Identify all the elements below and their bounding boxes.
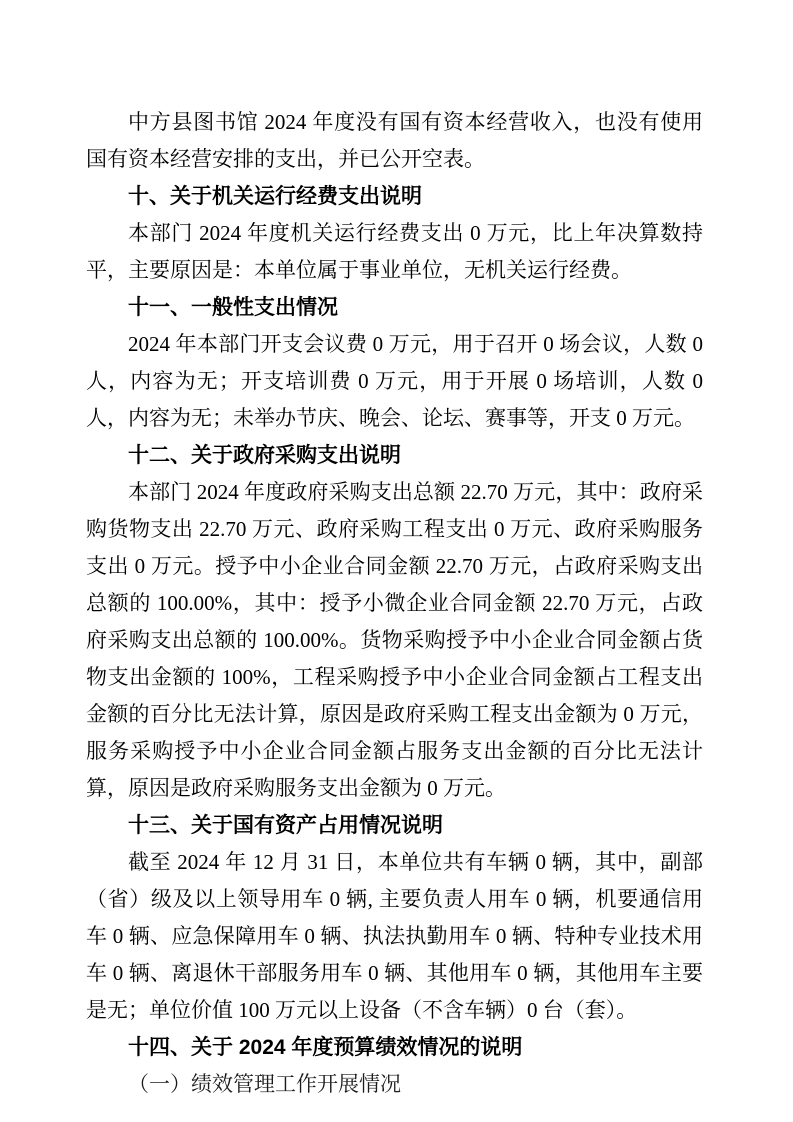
- paragraph-state-capital-revenue: 中方县图书馆 2024 年度没有国有资本经营收入，也没有使用国有资本经营安排的支…: [86, 104, 703, 178]
- paragraph-general-expenditure: 2024 年本部门开支会议费 0 万元，用于召开 0 场会议，人数 0 人，内容…: [86, 326, 703, 437]
- heading-section-10-operating-expenses: 十、关于机关运行经费支出说明: [86, 178, 703, 215]
- heading-section-12-government-procurement: 十二、关于政府采购支出说明: [86, 437, 703, 474]
- paragraph-state-assets: 截至 2024 年 12 月 31 日，本单位共有车辆 0 辆，其中，副部（省）…: [86, 844, 703, 1029]
- paragraph-operating-expenses: 本部门 2024 年度机关运行经费支出 0 万元，比上年决算数持平，主要原因是：…: [86, 215, 703, 289]
- heading-section-14-budget-performance: 十四、关于 2024 年度预算绩效情况的说明: [86, 1029, 703, 1066]
- heading-section-13-state-assets: 十三、关于国有资产占用情况说明: [86, 807, 703, 844]
- document-page: 中方县图书馆 2024 年度没有国有资本经营收入，也没有使用国有资本经营安排的支…: [0, 0, 793, 1122]
- document-content: 中方县图书馆 2024 年度没有国有资本经营收入，也没有使用国有资本经营安排的支…: [86, 104, 703, 1103]
- paragraph-government-procurement: 本部门 2024 年度政府采购支出总额 22.70 万元，其中：政府采购货物支出…: [86, 474, 703, 807]
- heading-section-11-general-expenditure: 十一、一般性支出情况: [86, 289, 703, 326]
- subheading-performance-management: （一）绩效管理工作开展情况: [86, 1066, 703, 1103]
